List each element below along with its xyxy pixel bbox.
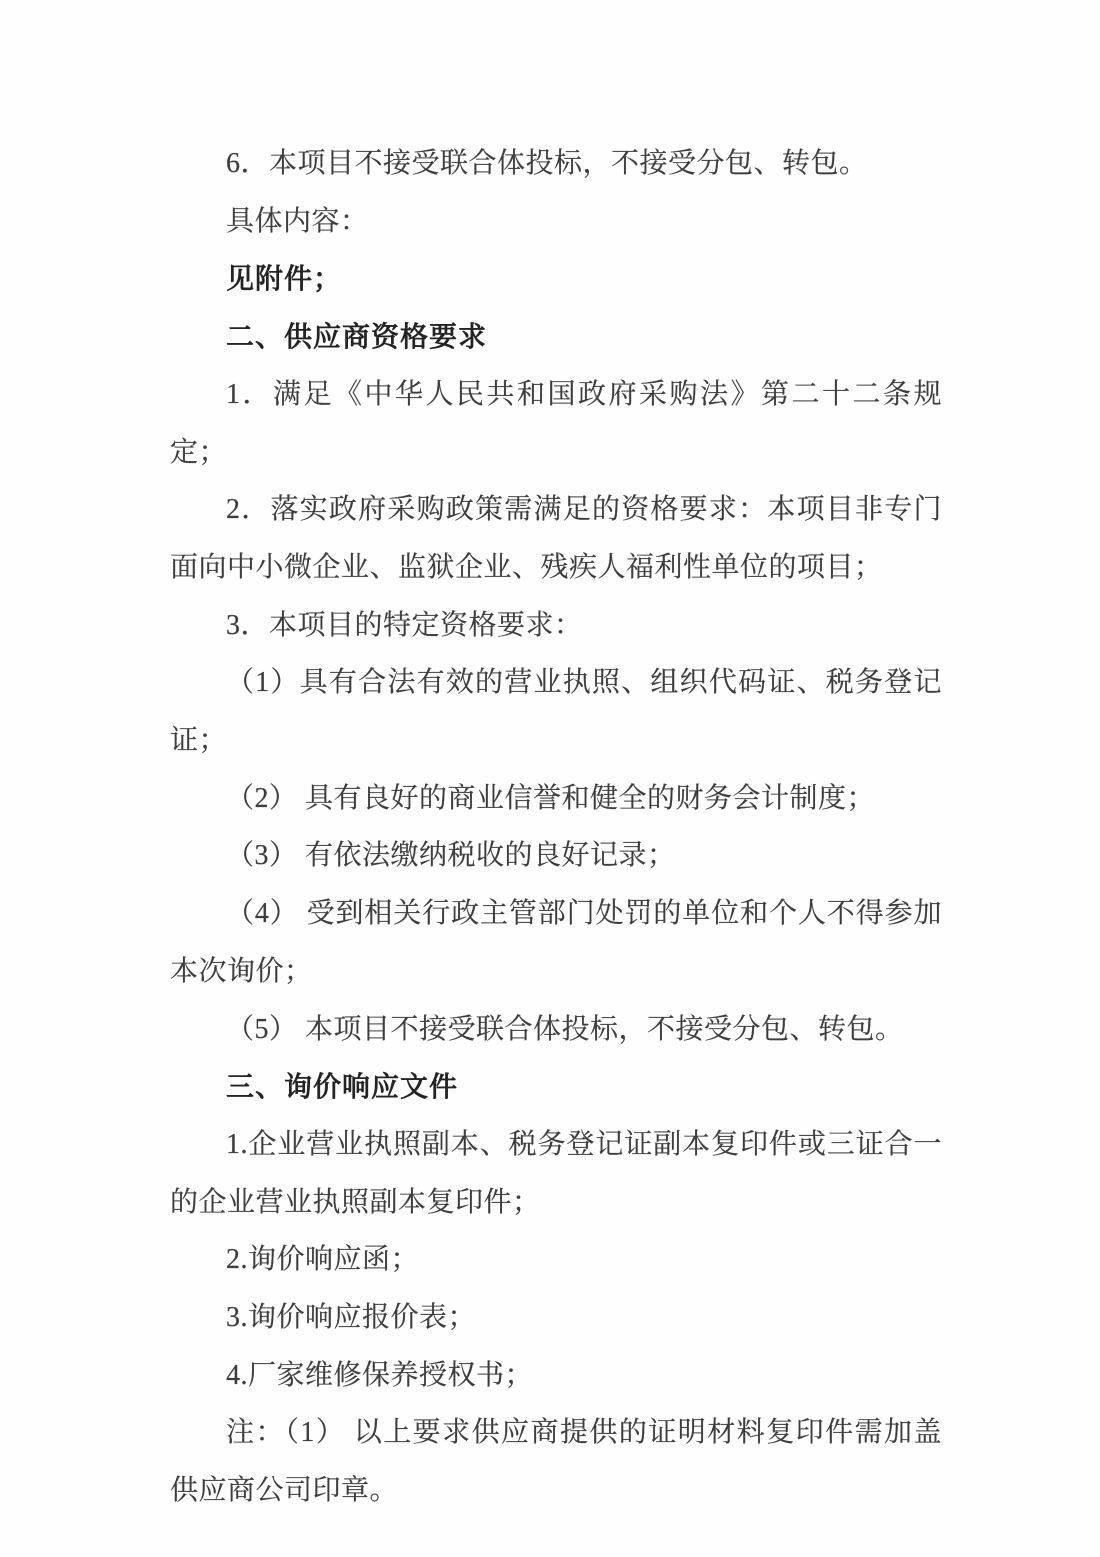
specific-requirement-5: （5） 本项目不接受联合体投标，不接受分包、转包。 [170,1001,942,1059]
clause-specific-content-label: 具体内容： [170,193,942,251]
note-stamp-requirement: 注：（1） 以上要求供应商提供的证明材料复印件需加盖供应商公司印章。 [170,1404,942,1519]
clause-6-no-consortium: 6．本项目不接受联合体投标，不接受分包、转包。 [170,135,942,193]
clause-see-attachment: 见附件； [170,250,942,308]
heading-section-3-inquiry-response-documents: 三、询价响应文件 [170,1058,942,1116]
qualification-item-2: 2．落实政府采购政策需满足的资格要求：本项目非专门面向中小微企业、监狱企业、残疾… [170,481,942,596]
response-document-item-2: 2.询价响应函； [170,1231,942,1289]
specific-requirement-1: （1）具有合法有效的营业执照、组织代码证、税务登记证； [170,654,942,769]
response-document-item-4: 4.厂家维修保养授权书； [170,1347,942,1405]
heading-section-2-supplier-qualifications: 二、供应商资格要求 [170,308,942,366]
document-body: 6．本项目不接受联合体投标，不接受分包、转包。 具体内容： 见附件； 二、供应商… [170,135,942,1520]
specific-requirement-3: （3） 有依法缴纳税收的良好记录； [170,827,942,885]
qualification-item-1: 1．满足《中华人民共和国政府采购法》第二十二条规定； [170,366,942,481]
specific-requirement-2: （2） 具有良好的商业信誉和健全的财务会计制度； [170,770,942,828]
response-document-item-3: 3.询价响应报价表； [170,1289,942,1347]
document-page: 6．本项目不接受联合体投标，不接受分包、转包。 具体内容： 见附件； 二、供应商… [0,0,1100,1557]
specific-requirement-4: （4） 受到相关行政主管部门处罚的单位和个人不得参加本次询价； [170,885,942,1000]
qualification-item-3: 3．本项目的特定资格要求： [170,597,942,655]
response-document-item-1: 1.企业营业执照副本、税务登记证副本复印件或三证合一的企业营业执照副本复印件； [170,1116,942,1231]
